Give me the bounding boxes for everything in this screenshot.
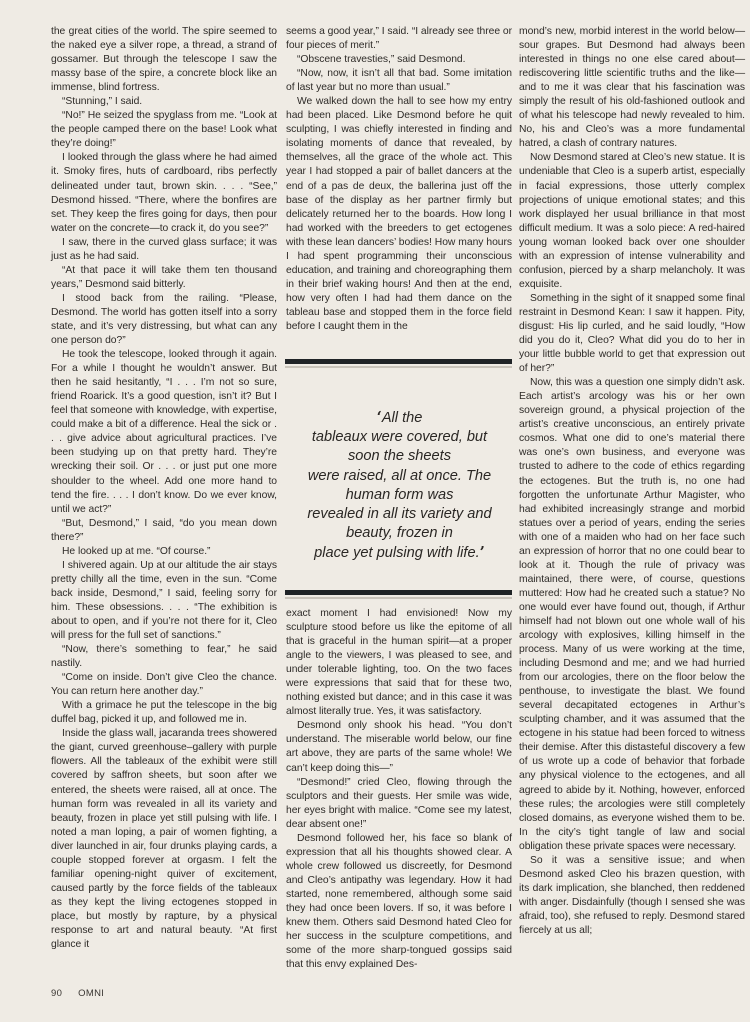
text-column-2-top: seems a good year,” I said. “I already s… <box>286 25 512 334</box>
text-column-2-bottom: exact moment I had envisioned! Now my sc… <box>286 607 512 972</box>
paragraph: He took the telescope, looked through it… <box>51 348 277 517</box>
pull-quote-line: ‘All the <box>286 408 513 428</box>
pull-quote-line: revealed in all its variety and <box>286 505 513 524</box>
paragraph: He looked up at me. “Of course.” <box>51 545 277 559</box>
pull-quote-line: tableaux were covered, but <box>286 428 513 447</box>
paragraph: “Now, now, it isn’t all that bad. Some i… <box>286 67 512 95</box>
paragraph: “Obscene travesties,” said Desmond. <box>286 53 512 67</box>
paragraph: “At that pace it will take them ten thou… <box>51 264 277 292</box>
paragraph: Desmond followed her, his face so blank … <box>286 832 512 972</box>
paragraph: Something in the sight of it snapped som… <box>519 292 745 376</box>
paragraph: So it was a sensitive issue; and when De… <box>519 854 745 938</box>
pull-quote-bottom-rule <box>285 590 512 597</box>
paragraph: We walked down the hall to see how my en… <box>286 95 512 334</box>
magazine-name: OMNI <box>78 988 104 999</box>
paragraph: exact moment I had envisioned! Now my sc… <box>286 607 512 719</box>
paragraph: the great cities of the world. The spire… <box>51 25 277 95</box>
page-folio: 90OMNI <box>51 988 120 999</box>
paragraph: mond’s new, morbid interest in the world… <box>519 25 745 151</box>
magazine-page: the great cities of the world. The spire… <box>0 0 750 1022</box>
pull-quote-top-rule <box>285 359 512 366</box>
pull-quote-line: soon the sheets <box>286 447 513 466</box>
pull-quote-line: place yet pulsing with life.’ <box>286 543 513 563</box>
paragraph: “Now, there’s something to fear,” he sai… <box>51 643 277 671</box>
paragraph: Desmond only shook his head. “You don’t … <box>286 719 512 775</box>
paragraph: seems a good year,” I said. “I already s… <box>286 25 512 53</box>
pull-quote-line: human form was <box>286 486 513 505</box>
pull-quote: ‘All the tableaux were covered, but soon… <box>286 408 513 564</box>
paragraph: I shivered again. Up at our altitude the… <box>51 559 277 643</box>
paragraph: “Stunning,” I said. <box>51 95 277 109</box>
paragraph: I stood back from the railing. “Please, … <box>51 292 277 348</box>
paragraph: I saw, there in the curved glass surface… <box>51 236 277 264</box>
pull-quote-line: beauty, frozen in <box>286 524 513 543</box>
paragraph: I looked through the glass where he had … <box>51 151 277 235</box>
paragraph: “No!” He seized the spyglass from me. “L… <box>51 109 277 151</box>
paragraph: “Come on inside. Don’t give Cleo the cha… <box>51 671 277 699</box>
paragraph: “Desmond!” cried Cleo, flowing through t… <box>286 776 512 832</box>
paragraph: Inside the glass wall, jacaranda trees s… <box>51 727 277 952</box>
page-number: 90 <box>51 988 62 999</box>
paragraph: “But, Desmond,” I said, “do you mean dow… <box>51 517 277 545</box>
paragraph: Now, this was a question one simply didn… <box>519 376 745 854</box>
paragraph: Now Desmond stared at Cleo’s new statue.… <box>519 151 745 291</box>
text-column-3: mond’s new, morbid interest in the world… <box>519 25 745 938</box>
paragraph: With a grimace he put the telescope in t… <box>51 699 277 727</box>
text-column-1: the great cities of the world. The spire… <box>51 25 277 952</box>
pull-quote-line: were raised, all at once. The <box>286 467 513 486</box>
close-quote-mark-icon: ’ <box>480 543 485 561</box>
